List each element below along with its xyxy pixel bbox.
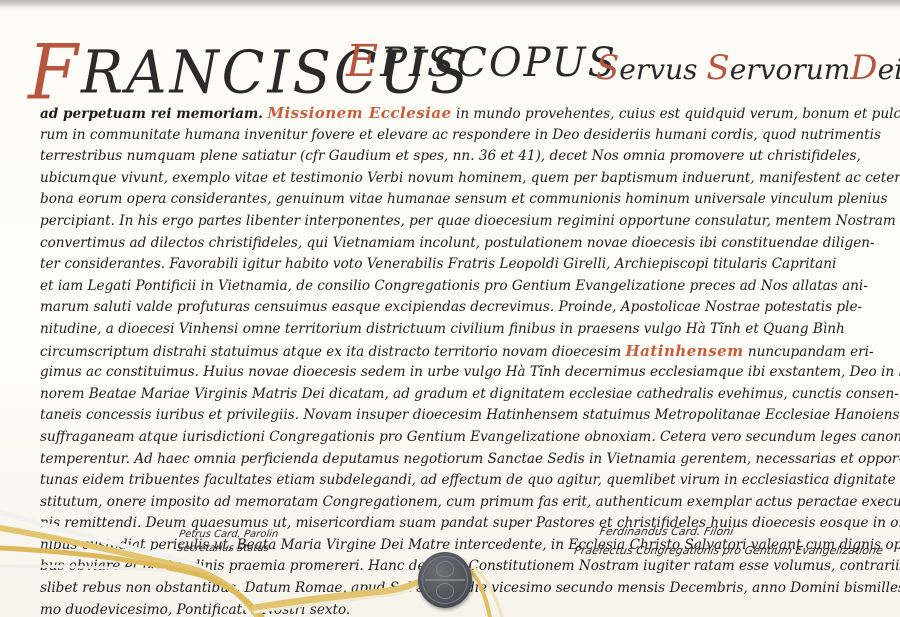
- heading-servorum-rest: ervorum: [730, 53, 851, 86]
- signature-right-name: Ferdinandus Card. Filoni: [598, 522, 888, 541]
- body-line: tunas eidem tribuentes facultates etiam …: [40, 470, 870, 492]
- body-line: taneis concessis iuribus et privilegiis.…: [40, 405, 870, 427]
- signature-prefect: Ferdinandus Card. Filoni Praefectus Cong…: [573, 522, 888, 560]
- body-line: terrestribus numquam plene satiatur (cfr…: [40, 146, 870, 168]
- heading-dei-rest: ei: [878, 53, 900, 86]
- opening-formula: ad perpetuam rei memoriam.: [40, 106, 263, 122]
- seal-cross-bar: [425, 579, 465, 581]
- initial-e: E: [346, 36, 380, 87]
- body-line: norem Beatae Mariae Virginis Matris Dei …: [40, 384, 870, 406]
- signature-left-name: Petrus Card. Parolin: [178, 528, 279, 542]
- body-line: circumscriptum distrahi statuimus atque …: [40, 341, 870, 363]
- body-line: marum saluti valde profuturas censuimus …: [40, 297, 870, 319]
- initial-s1: S: [596, 48, 619, 88]
- body-line: bona eorum opera considerantes, genuinum…: [40, 189, 870, 211]
- body-line: gimus ac constituimus. Huius novae dioec…: [40, 362, 870, 384]
- heading-episcopus-rest: PISCOPUS: [380, 40, 617, 86]
- heading-episcopus: EPISCOPUS: [346, 36, 617, 87]
- lead-seal: [418, 552, 472, 608]
- initial-d: D: [850, 48, 877, 88]
- body-line: stitutum, onere imposito ad memoratam Co…: [40, 492, 870, 514]
- body-line: suffraganeam atque iurisdictioni Congreg…: [40, 427, 870, 449]
- rubric-hatinhensem: Hatinhensem: [625, 342, 743, 360]
- body-line-text: nuncupandam eri-: [744, 344, 874, 360]
- body-line: et iam Legati Pontificii in Vietnamia, d…: [40, 276, 870, 298]
- document-heading: FRANCISCUS EPISCOPUS Servus ServorumDei: [28, 22, 888, 92]
- body-line: percipiant. In his ergo partes libenter …: [40, 211, 870, 233]
- body-line: nitudine, a dioecesi Vinhensi omne terri…: [40, 319, 870, 341]
- signature-left-title: Secretarius Status: [176, 542, 277, 556]
- signature-right-title: Praefectus Congregationis pro Gentium Ev…: [573, 541, 885, 560]
- body-line: ter considerantes. Favorabili igitur hab…: [40, 254, 870, 276]
- heading-servus-rest: ervus: [619, 53, 697, 86]
- rubric-missionem-ecclesiae: Missionem Ecclesiae: [267, 104, 451, 122]
- body-line: temperentur. Ad haec omnia perficienda d…: [40, 449, 870, 471]
- body-line: ubicumque vivunt, exemplo vitae et testi…: [40, 168, 870, 190]
- body-line-text: circumscriptum distrahi statuimus atque …: [40, 344, 625, 360]
- seal-apostle-head-icon: [436, 561, 454, 577]
- signature-secretary-of-state: Petrus Card. Parolin Secretarius Status: [176, 528, 279, 556]
- initial-s2: S: [706, 48, 729, 88]
- body-line-text: in mundo provehentes, cuius est quidquid…: [452, 106, 900, 122]
- body-line: convertimus ad dilectos christifideles, …: [40, 233, 870, 255]
- heading-servus-servorum-dei: Servus ServorumDei: [596, 48, 900, 88]
- body-line: rum in communitate humana invenitur fove…: [40, 125, 870, 147]
- top-edge-shadow: [0, 0, 900, 8]
- body-line: ad perpetuam rei memoriam. Missionem Ecc…: [40, 103, 870, 125]
- seal-apostle-head-icon: [436, 583, 454, 599]
